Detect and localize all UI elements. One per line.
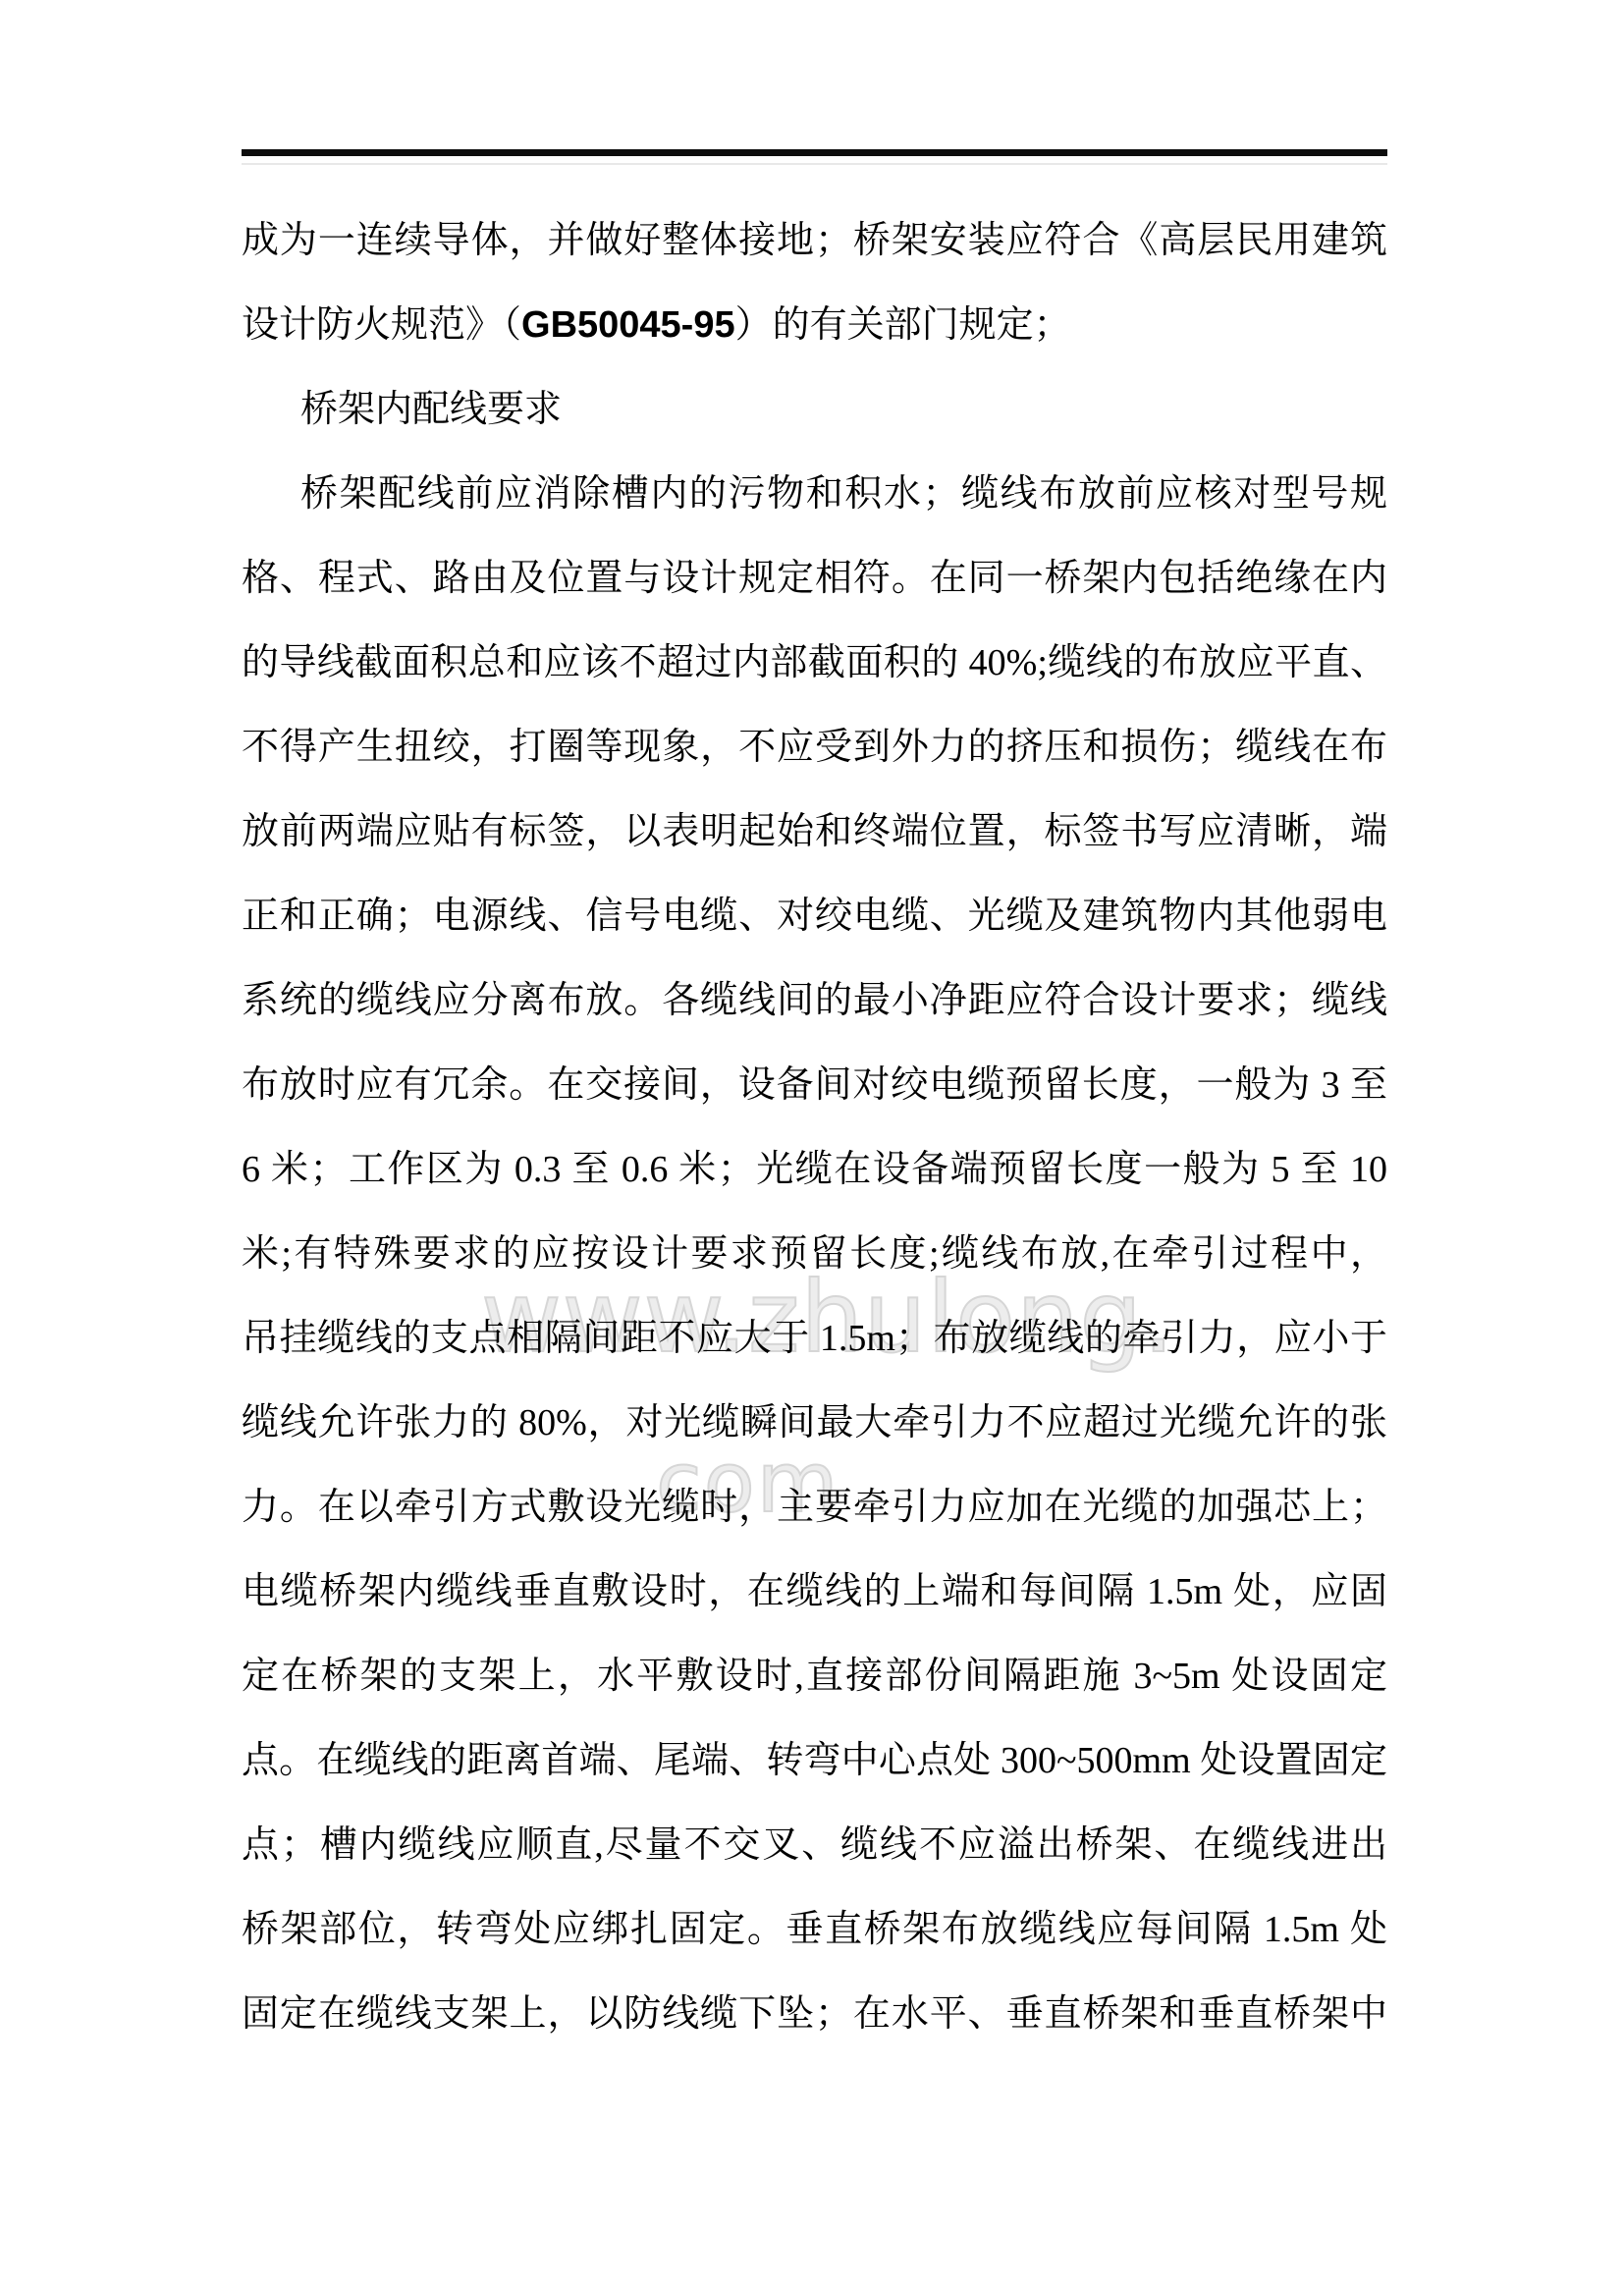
text-line: 布放时应有冗余。在交接间，设备间对绞电缆预留长度，一般为 3 至 [242,1043,1387,1127]
text-segment: ）的有关部门规定； [735,304,1071,346]
text-line: 固定在缆线支架上，以防线缆下坠；在水平、垂直桥架和垂直桥架中 [242,1972,1387,2056]
text-line: 力。在以牵引方式敷设光缆时，主要牵引力应加在光缆的加强芯上； [242,1465,1387,1550]
document-page: www.zhulong. com 成为一连续导体，并做好整体接地；桥架安装应符合… [0,0,1624,2285]
text-line: 缆线允许张力的 80%，对光缆瞬间最大牵引力不应超过光缆允许的张 [242,1381,1387,1465]
text-line: 系统的缆线应分离布放。各缆线间的最小净距应符合设计要求；缆线 [242,958,1387,1043]
text-line: 正和正确；电源线、信号电缆、对绞电缆、光缆及建筑物内其他弱电 [242,874,1387,958]
text-line: 电缆桥架内缆线垂直敷设时，在缆线的上端和每间隔 1.5m 处，应固 [242,1550,1387,1634]
text-line: 点。在缆线的距离首端、尾端、转弯中心点处 300~500mm 处设置固定 [242,1718,1387,1803]
text-line: 不得产生扭绞，打圈等现象，不应受到外力的挤压和损伤；缆线在布 [242,705,1387,789]
text-line: 格、程式、路由及位置与设计规定相符。在同一桥架内包括绝缘在内 [242,536,1387,621]
text-line: 米;有特殊要求的应按设计要求预留长度;缆线布放,在牵引过程中， [242,1212,1387,1296]
document-body: 成为一连续导体，并做好整体接地；桥架安装应符合《高层民用建筑 设计防火规范》（G… [242,198,1387,2056]
text-line: 的导线截面积总和应该不超过内部截面积的 40%;缆线的布放应平直、 [242,621,1387,705]
text-line: 桥架配线前应消除槽内的污物和积水；缆线布放前应核对型号规 [242,452,1387,536]
text-line: 放前两端应贴有标签，以表明起始和终端位置，标签书写应清晰，端 [242,789,1387,874]
text-line: 点；槽内缆线应顺直,尽量不交叉、缆线不应溢出桥架、在缆线进出 [242,1803,1387,1887]
text-line: 设计防火规范》（GB50045-95）的有关部门规定； [242,283,1387,367]
text-line: 6 米；工作区为 0.3 至 0.6 米；光缆在设备端预留长度一般为 5 至 1… [242,1127,1387,1212]
gb-standard-code: GB50045-95 [521,304,735,346]
text-segment: 设计防火规范》（ [242,304,521,346]
header-border-thin [242,163,1387,165]
text-line: 成为一连续导体，并做好整体接地；桥架安装应符合《高层民用建筑 [242,198,1387,283]
header-border-thick [242,149,1387,156]
section-heading: 桥架内配线要求 [242,367,1387,452]
text-line: 桥架部位，转弯处应绑扎固定。垂直桥架布放缆线应每间隔 1.5m 处 [242,1887,1387,1972]
text-line: 吊挂缆线的支点相隔间距不应大于 1.5m；布放缆线的牵引力，应小于 [242,1296,1387,1381]
text-line: 定在桥架的支架上，水平敷设时,直接部份间隔距施 3~5m 处设固定 [242,1634,1387,1718]
